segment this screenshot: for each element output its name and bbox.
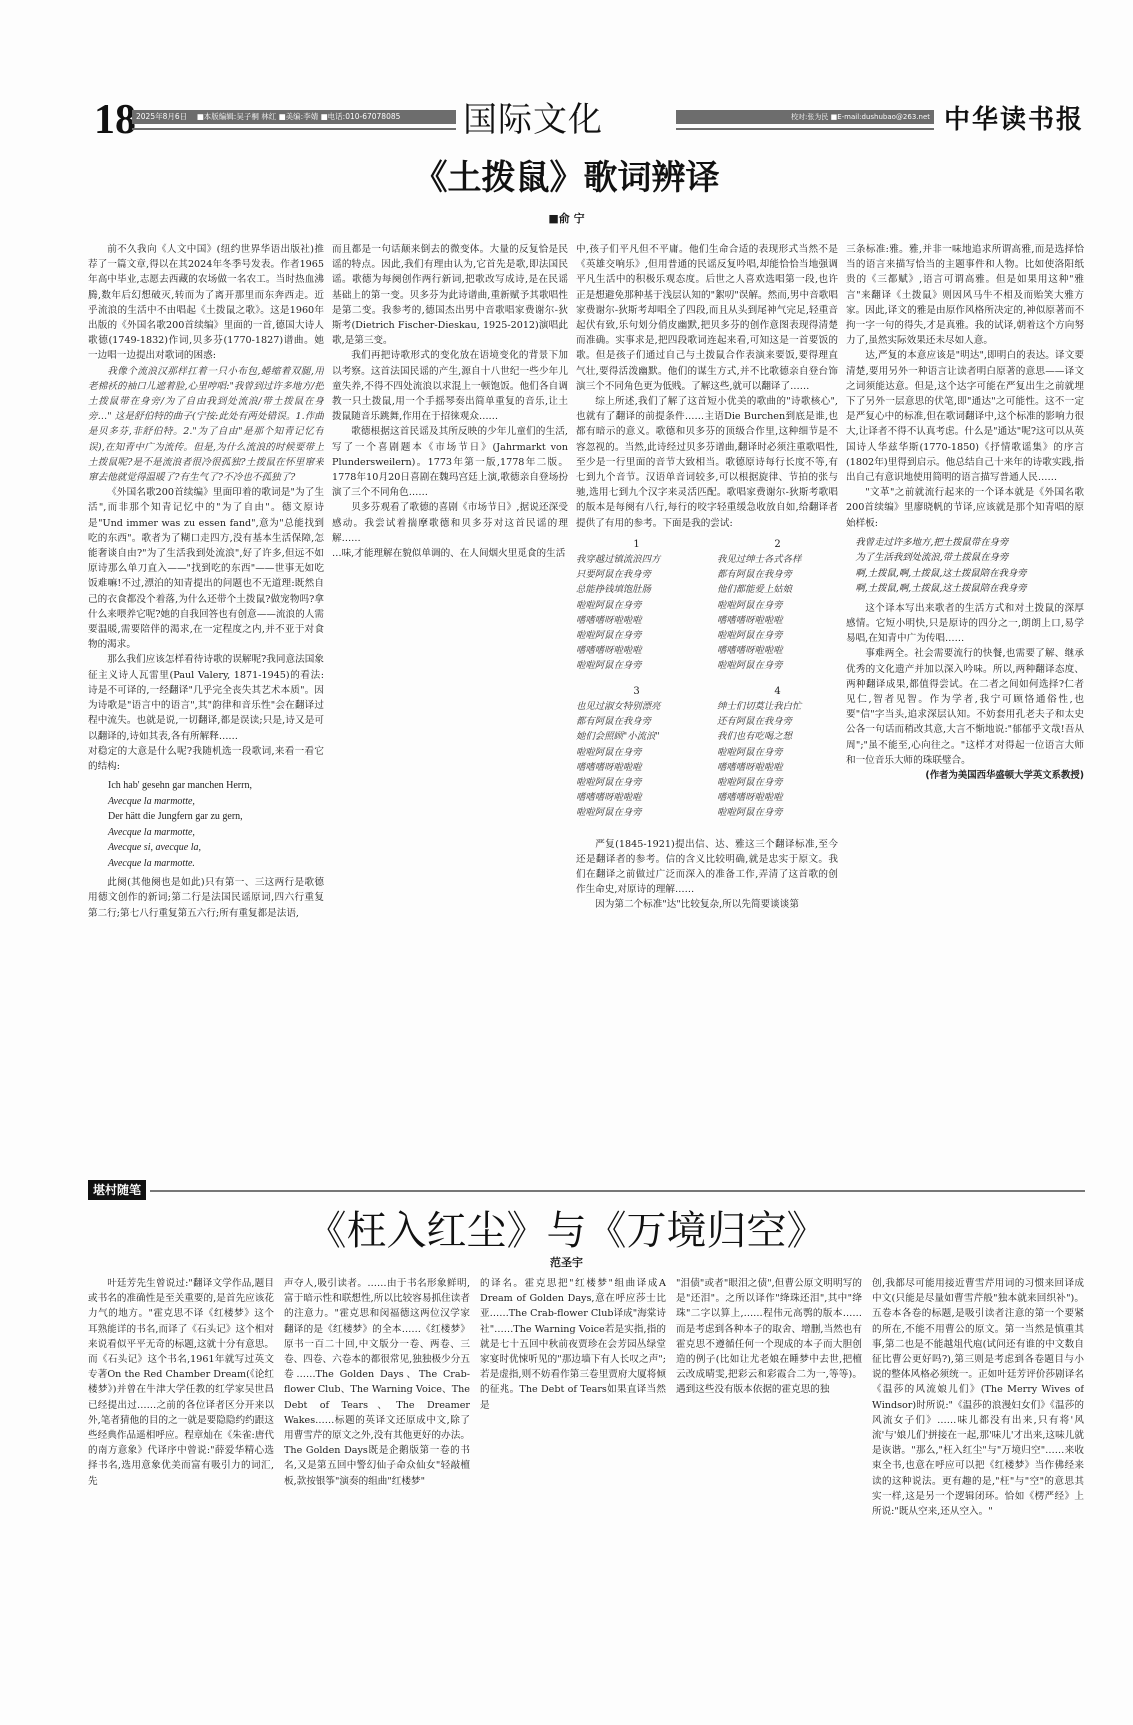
poem-line: Der hätt die Jungfern gar zu gern, (108, 809, 324, 825)
proofreader-info: 校对:张为民 ■E-mail:dushubao@263.net (676, 110, 934, 124)
quoted-paragraph: 我像个流浪汉那样扛着一只小布包,蜷缩着双腿,用老棉袄的袖口儿遮着脸,心里哼唱:"… (88, 364, 324, 486)
german-poem: Ich hab' gesehn gar manchen Herrn, Avecq… (108, 778, 324, 871)
paragraph: "泪债"或者"眼泪之债",但曹公原文明明写的是"还泪"。之所以译作"绛珠还泪",… (676, 1276, 862, 1398)
poem-line: Avecque la marmotte, (108, 825, 324, 841)
section-divider (150, 1190, 1085, 1192)
article2-title: 《枉入红尘》与《万境归空》 (0, 1206, 1133, 1256)
paragraph: "文革"之前就流行起来的一个译本就是《外国名歌200首续编》里廖晓帆的节译,应该… (846, 485, 1084, 531)
paragraph: 前不久我向《人文中国》(纽约世界华语出版社)推荐了一篇文章,得以在其2024年冬… (88, 242, 324, 364)
paragraph: 歌德根据这首民谣及其所反映的少年儿童们的生活,写了一个喜剧题本《市场节日》(Ja… (332, 424, 568, 500)
sample-line: 为了生活我到处流浪,带土拨鼠在身旁 (855, 550, 1084, 566)
article2-byline: 范圣宇 (0, 1254, 1133, 1270)
article1-column-3: 中,孩子们平凡但不平庸。他们生命合适的表现形式当然不是《英雄交响乐》,但用普通的… (576, 242, 838, 1177)
rule-left (132, 128, 456, 130)
article2-column-3: 的译名。霍克思把"红楼梦"组曲译成A Dream of Golden Days,… (480, 1276, 666, 1606)
article2-column-1: 叶廷芳先生曾说过:"翻译文学作品,题目或书名的准确性是至关重要的,是首先应该花力… (88, 1276, 274, 1606)
poem-line: Avecque la marmotte. (108, 856, 324, 872)
verse-1: 1 我穿越过镇流浪四方 只要阿鼠在我身旁 总能挣钱填饱肚肠 啦啦阿鼠在身旁 嗜嗜… (576, 537, 697, 674)
article1-column-1: 前不久我向《人文中国》(纽约世界华语出版社)推荐了一篇文章,得以在其2024年冬… (88, 242, 324, 1177)
article1-byline: ■俞 宁 (0, 210, 1133, 226)
paragraph: 创,我都尽可能用接近曹雪芹用词的习惯来回译成中文(只能是尽量如曹雪芹般"独本就来… (872, 1276, 1084, 1519)
masthead: 18 2025年8月6日 ■本版编辑:吴子桐 林红 ■美编:李婧 ■电话:010… (88, 98, 1088, 148)
rule-right (676, 128, 934, 130)
paragraph: 此阕(其他阕也是如此)只有第一、三这两行是歌德用德文创作的新词;第二行是法国民谣… (88, 875, 324, 921)
article2-column-4: "泪债"或者"眼泪之债",但曹公原文明明写的是"还泪"。之所以译作"绛珠还泪",… (676, 1276, 862, 1606)
paragraph: …味,才能理解在貌似单调的、在人间烟火里觅食的生活 (332, 546, 568, 561)
paragraph: 贝多芬观看了歌德的喜剧《市场节日》,据说还深受感动。我尝试着揣摩歌德和贝多芬对这… (332, 500, 568, 546)
verse-2: 2 我见过绅士各式各样 都有阿鼠在我身旁 他们都能爱上姑娘 啦啦阿鼠在身旁 嗜嗜… (717, 537, 838, 674)
section-title: 国际文化 (463, 100, 603, 140)
sample-translation: 我曾走过许多地方,把土拨鼠带在身旁 为了生活我到处流浪,带土拨鼠在身旁 啊,土拨… (855, 535, 1084, 597)
paragraph: 达,严复的本意应该是"明达",即明白的表达。译文要清楚,要用另外一种语言让读者明… (846, 348, 1084, 485)
paragraph: 综上所述,我们了解了这首短小优美的歌曲的"诗歌核心",也就有了翻译的前提条件……… (576, 394, 838, 531)
paragraph: 声夺人,吸引读者。……由于书名形象鲜明,富于暗示性和联想性,所以比较容易抓住读者… (284, 1276, 470, 1489)
newspaper-page: 18 2025年8月6日 ■本版编辑:吴子桐 林红 ■美编:李婧 ■电话:010… (0, 0, 1133, 1725)
issue-date: 2025年8月6日 (136, 112, 187, 121)
article1-column-4: 三条标准:雅。雅,并非一味地追求所谓高雅,而是选择恰当的语言来描写恰当的主题事件… (846, 242, 1084, 1177)
verse-4: 4 绅士们切莫让我白忙 还有阿鼠在我身旁 我们也有吃喝之想 啦啦阿鼠在身旁 嗜嗜… (717, 684, 838, 821)
article2-column-5: 创,我都尽可能用接近曹雪芹用词的习惯来回译成中文(只能是尽量如曹雪芹般"独本就来… (872, 1276, 1084, 1606)
paragraph: 三条标准:雅。雅,并非一味地追求所谓高雅,而是选择恰当的语言来描写恰当的主题事件… (846, 242, 1084, 348)
sample-line: 啊,土拨鼠,啊,土拨鼠,这土拨鼠陪在我身旁 (855, 566, 1084, 582)
paragraph: 我们再把诗歌形式的变化放在语境变化的背景下加以考察。这首法国民谣的产生,源自十八… (332, 348, 568, 424)
paragraph: 严复(1845-1921)提出信、达、雅这三个翻译标准,至今还是翻译者的参考。信… (576, 837, 838, 898)
poem-line: Avecque la marmotte, (108, 794, 324, 810)
paragraph: 的译名。霍克思把"红楼梦"组曲译成A Dream of Golden Days,… (480, 1276, 666, 1413)
paragraph: 对稳定的大意是什么呢?我随机选一段歌词,来看一看它的结构: (88, 744, 324, 774)
paragraph: 因为第二个标准"达"比较复杂,所以先简要谈谈第 (576, 897, 838, 912)
sample-line: 我曾走过许多地方,把土拨鼠带在身旁 (855, 535, 1084, 551)
page-number: 18 (94, 96, 136, 144)
paragraph: 那么我们应该怎样看待诗歌的误解呢?我同意法国象征主义诗人瓦雷里(Paul Val… (88, 652, 324, 743)
sample-line: 啊,土拨鼠,啊,土拨鼠,这土拨鼠陪在我身旁 (855, 581, 1084, 597)
translated-verses: 1 我穿越过镇流浪四方 只要阿鼠在我身旁 总能挣钱填饱肚肠 啦啦阿鼠在身旁 嗜嗜… (576, 537, 838, 831)
article2-column-2: 声夺人,吸引读者。……由于书名形象鲜明,富于暗示性和联想性,所以比较容易抓住读者… (284, 1276, 470, 1606)
verse-3: 3 也见过淑女特别漂亮 都有阿鼠在我身旁 她们会照顾"小流浪" 啦啦阿鼠在身旁 … (576, 684, 697, 821)
poem-line: Ich hab' gesehn gar manchen Herrn, (108, 778, 324, 794)
paragraph: 事难两全。社会需要流行的快餐,也需要了解、继承优秀的文化遗产并加以深入吟味。所以… (846, 646, 1084, 768)
paragraph: 而且都是一句话颠来倒去的微变体。大量的反复恰是民谣的特点。因此,我们有理由认为,… (332, 242, 568, 348)
author-note: (作者为美国西华盛顿大学英文系教授) (846, 768, 1084, 783)
article1-title: 《土拨鼠》歌词辨译 (0, 156, 1133, 200)
editor-info: ■本版编辑:吴子桐 林红 ■美编:李婧 ■电话:010-67078085 (197, 112, 401, 121)
paragraph: 中,孩子们平凡但不平庸。他们生命合适的表现形式当然不是《英雄交响乐》,但用普通的… (576, 242, 838, 394)
poem-line: Avecque si, avecque la, (108, 840, 324, 856)
article1-column-2: 而且都是一句话颠来倒去的微变体。大量的反复恰是民谣的特点。因此,我们有理由认为,… (332, 242, 568, 1177)
paragraph: 叶廷芳先生曾说过:"翻译文学作品,题目或书名的准确性是至关重要的,是首先应该花力… (88, 1276, 274, 1489)
paragraph: 这个译本写出来歌者的生活方式和对土拨鼠的深厚感情。它短小明快,只是原诗的四分之一… (846, 601, 1084, 647)
editor-info-bar: 2025年8月6日 ■本版编辑:吴子桐 林红 ■美编:李婧 ■电话:010-67… (132, 110, 456, 124)
paper-name-logo: 中华读书报 (944, 100, 1084, 140)
column-label: 堪村随笔 (88, 1180, 146, 1200)
paragraph: 《外国名歌200首续编》里面印着的歌词是"为了生活",而非那个知青记忆中的"为了… (88, 485, 324, 652)
